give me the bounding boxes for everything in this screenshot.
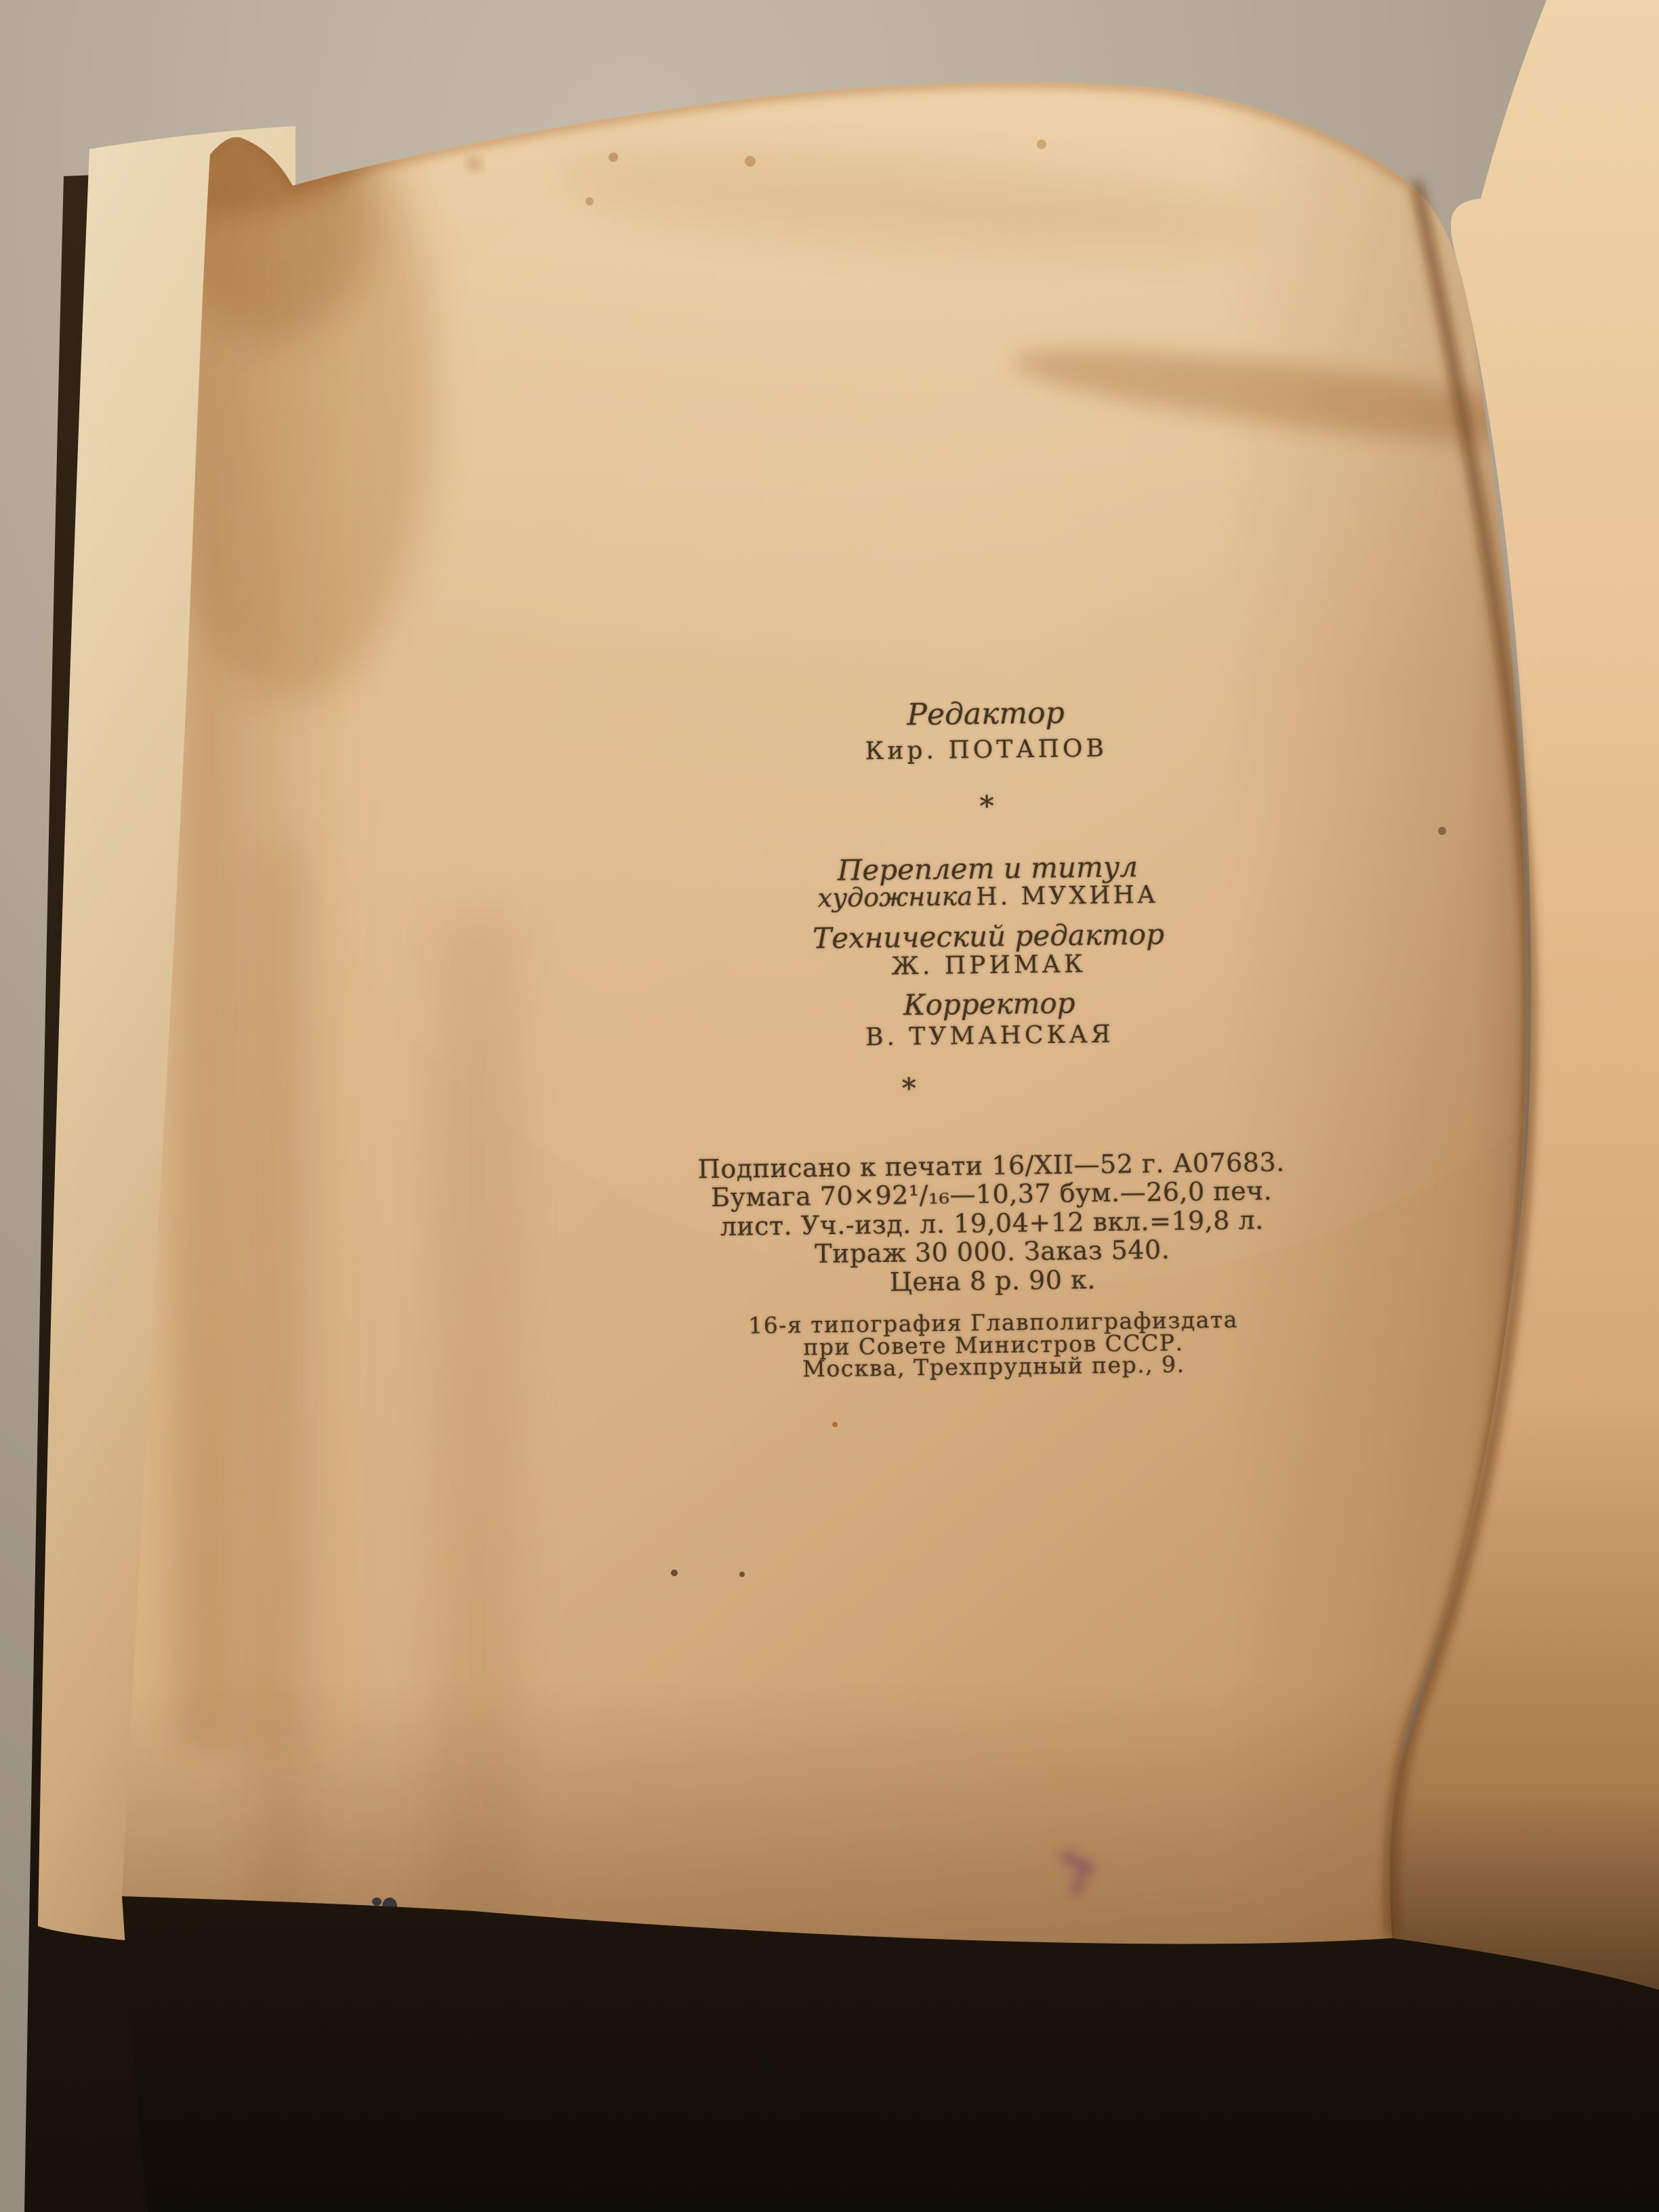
binding-artist-prefix: художника xyxy=(817,881,972,913)
separator-asterisk-1: * xyxy=(661,785,1313,827)
editor-name: Кир. ПОТАПОВ xyxy=(661,732,1311,768)
editor-role-label: Редактор xyxy=(660,693,1311,735)
colophon-text-block: Редактор Кир. ПОТАПОВ * Переплет и титул… xyxy=(652,0,1330,2212)
proofreader-label: Корректор xyxy=(664,983,1315,1025)
photo-open-book: Редактор Кир. ПОТАПОВ * Переплет и титул… xyxy=(0,0,1659,2212)
separator-asterisk-2: * xyxy=(583,1068,1235,1109)
binding-artist-name: Н. МУХИНА xyxy=(976,881,1158,911)
